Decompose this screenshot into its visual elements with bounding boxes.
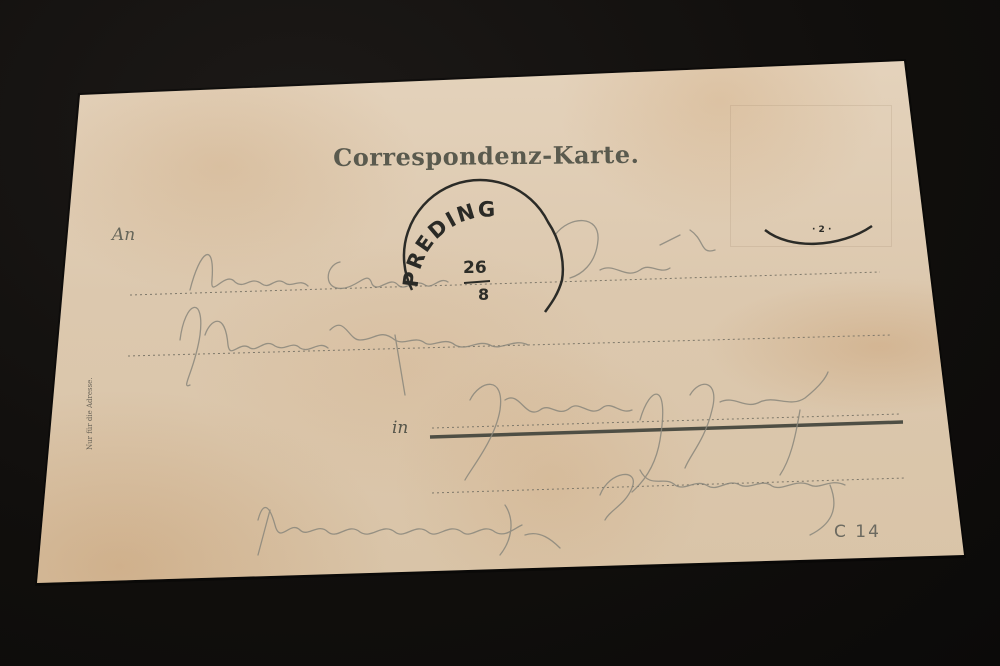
pencil-note: C 14	[834, 522, 881, 542]
side-note: Nur für die Adresse.	[86, 377, 94, 450]
postmark-month: 8	[478, 285, 489, 304]
postmark-day: 26	[463, 258, 487, 278]
address-prefix-an: An	[112, 225, 135, 245]
stamp-area	[730, 105, 892, 247]
location-prefix-in: in	[392, 418, 408, 438]
card-title: Correspondenz-Karte.	[333, 140, 640, 172]
